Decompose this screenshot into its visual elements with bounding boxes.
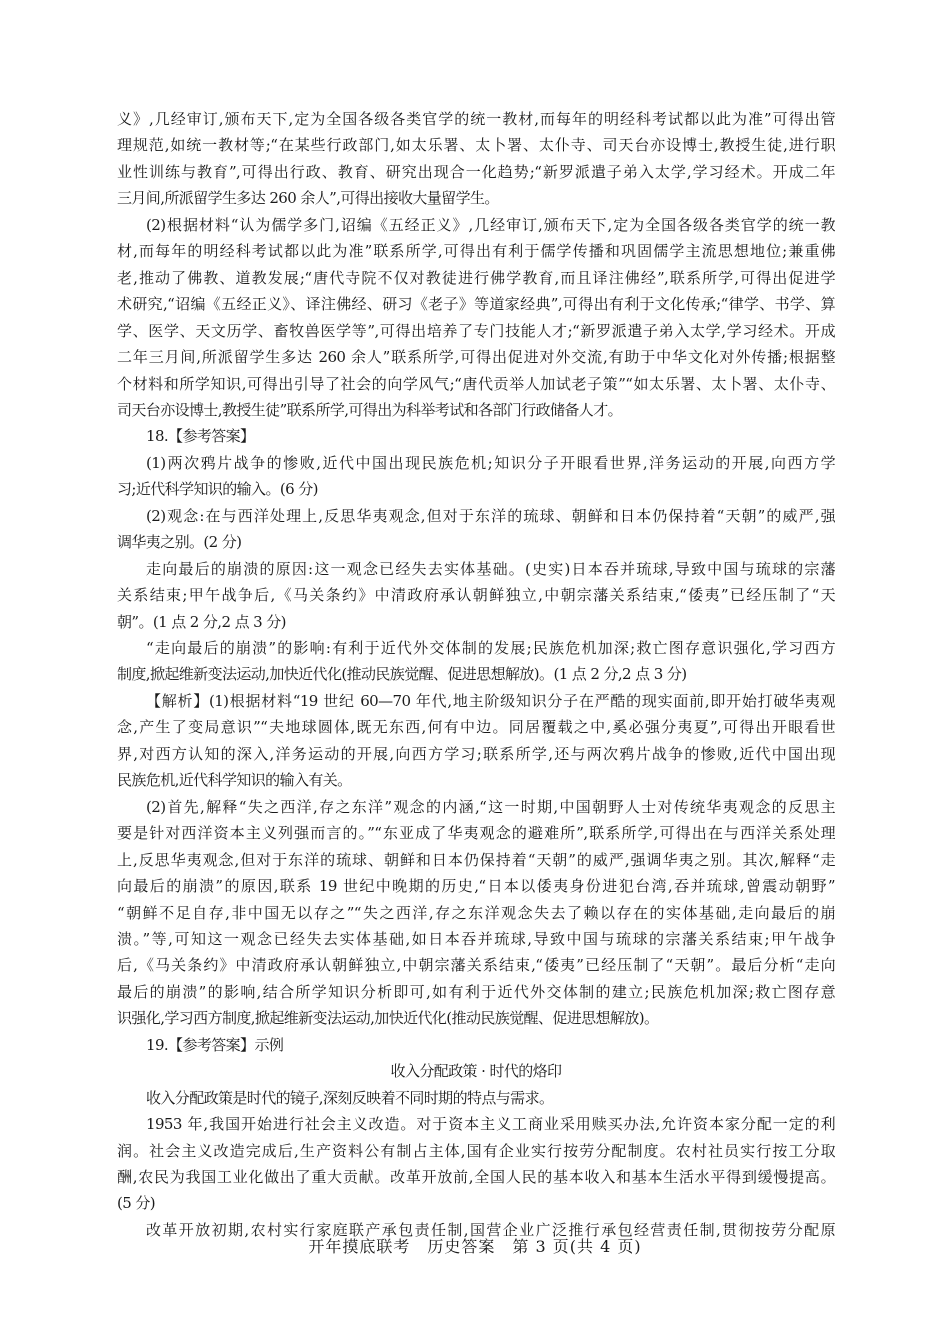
text-line: 后,《马关条约》中清政府承认朝鲜独立,中朝宗藩关系结束,“倭夷”已经压制了“天朝…	[117, 952, 835, 978]
text-line: 司天台亦设博士,教授生徒”联系所学,可得出为科举考试和各部门行政储备人才。	[117, 397, 835, 423]
text-line: 【解析】(1)根据材料“19 世纪 60—70 年代,地主阶级知识分子在严酷的现…	[146, 688, 835, 714]
text-line: 朝”。(1 点 2 分,2 点 3 分)	[117, 609, 835, 635]
text-line: 溃。”等,可知这一观念已经失去实体基础,如日本吞并琉球,导致中国与琉球的宗藩关系…	[117, 926, 835, 952]
text-line: 术研究,“诏编《五经正义》、译注佛经、研习《老子》等道家经典”,可得出有利于文化…	[117, 291, 835, 317]
text-line: 走向最后的崩溃的原因:这一观念已经失去实体基础。(史实)日本吞并琉球,导致中国与…	[146, 556, 835, 582]
text-line: 义》,几经审订,颁布天下,定为全国各级各类官学的统一教材,而每年的明经科考试都以…	[117, 106, 835, 132]
text-line: 念,产生了变局意识”“夫地球圆体,既无东西,何有中边。同居覆载之中,奚必强分夷夏…	[117, 714, 835, 740]
page-footer: 开年摸底联考 历史答案 第 3 页(共 4 页)	[0, 1234, 950, 1257]
text-line: 界,对西方认知的深入,洋务运动的开展,向西方学习;联系所学,还与两次鸦片战争的惨…	[117, 741, 835, 767]
text-line: 1953 年,我国开始进行社会主义改造。对于资本主义工商业采用赎买办法,允许资本…	[146, 1111, 835, 1137]
text-line: 二年三月间,所派留学生多达 260 余人”联系所学,可得出促进对外交流,有助于中…	[117, 344, 835, 370]
text-line: “朝鲜不足自存,非中国无以存之”“失之西洋,存之东洋观念失去了赖以存在的实体基础…	[117, 900, 835, 926]
text-line: 润。社会主义改造完成后,生产资料公有制占主体,国有企业实行按劳分配制度。农村社员…	[117, 1138, 835, 1164]
text-line: 学、医学、天文历学、畜牧兽医学等”,可得出培养了专门技能人才;“新罗派遣子弟入太…	[117, 318, 835, 344]
text-line: (2)根据材料“认为儒学多门,诏编《五经正义》,几经审订,颁布天下,定为全国各级…	[146, 212, 835, 238]
text-line: (5 分)	[117, 1190, 835, 1216]
text-line: 老,推动了佛教、道教发展;“唐代寺院不仅对教徒进行佛学教育,而且译注佛经”,联系…	[117, 265, 835, 291]
text-line: 向最后的崩溃”的原因,联系 19 世纪中晚期的历史,“日本以倭夷身份进犯台湾,吞…	[117, 873, 835, 899]
text-line: “走向最后的崩溃”的影响:有利于近代外交体制的发展;民族危机加深;救亡图存意识强…	[146, 635, 835, 661]
text-line: 习;近代科学知识的输入。(6 分)	[117, 476, 835, 502]
text-line: 收入分配政策是时代的镜子,深刻反映着不同时期的特点与需求。	[146, 1085, 835, 1111]
text-line: 材,而每年的明经科考试都以此为准”联系所学,可得出有利于儒学传播和巩固儒学主流思…	[117, 238, 835, 264]
text-line: (2)首先,解释“失之西洋,存之东洋”观念的内涵,“这一时期,中国朝野人士对传统…	[146, 794, 835, 820]
text-line: 识强化,学习西方制度,掀起维新变法运动,加快近代化(推动民族觉醒、促进思想解放)…	[117, 1005, 835, 1031]
section-title: 收入分配政策 · 时代的烙印	[117, 1058, 835, 1084]
text-line: 民族危机,近代科学知识的输入有关。	[117, 767, 835, 793]
text-line: 要是针对西洋资本主义列强而言的。”“东亚成了华夷观念的避难所”,联系所学,可得出…	[117, 820, 835, 846]
document-page: 义》,几经审订,颁布天下,定为全国各级各类官学的统一教材,而每年的明经科考试都以…	[0, 0, 950, 1324]
text-line: 最后的崩溃”的影响,结合所学知识分析即可,如有利于近代外交体制的建立;民族危机加…	[117, 979, 835, 1005]
text-line: 制度,掀起维新变法运动,加快近代化(推动民族觉醒、促进思想解放)。(1 点 2 …	[117, 661, 835, 687]
text-line: 19.【参考答案】示例	[146, 1032, 835, 1058]
text-line: 关系结束;甲午战争后,《马关条约》中清政府承认朝鲜独立,中朝宗藩关系结束,“倭夷…	[117, 582, 835, 608]
text-line: 业性训练与教育”,可得出行政、教育、研究出现合一化趋势;“新罗派遣子弟入太学,学…	[117, 159, 835, 185]
text-line: 三月间,所派留学生多达 260 余人”,可得出接收大量留学生。	[117, 185, 835, 211]
text-line: 酬,农民为我国工业化做出了重大贡献。改革开放前,全国人民的基本收入和基本生活水平…	[117, 1164, 835, 1190]
text-line: 理规范,如统一教材等;“在某些行政部门,如太乐署、太卜署、太仆寺、司天台亦设博士…	[117, 132, 835, 158]
text-line: 调华夷之别。(2 分)	[117, 529, 835, 555]
text-line: 上,反思华夷观念,但对于东洋的琉球、朝鲜和日本仍保持着“天朝”的威严,强调华夷之…	[117, 847, 835, 873]
text-line: (1)两次鸦片战争的惨败,近代中国出现民族危机;知识分子开眼看世界,洋务运动的开…	[146, 450, 835, 476]
text-line: (2)观念:在与西洋处理上,反思华夷观念,但对于东洋的琉球、朝鲜和日本仍保持着“…	[146, 503, 835, 529]
text-line: 个材料和所学知识,可得出引导了社会的向学风气;“唐代贡举人加试老子策”“如太乐署…	[117, 371, 835, 397]
text-line: 18.【参考答案】	[146, 423, 835, 449]
